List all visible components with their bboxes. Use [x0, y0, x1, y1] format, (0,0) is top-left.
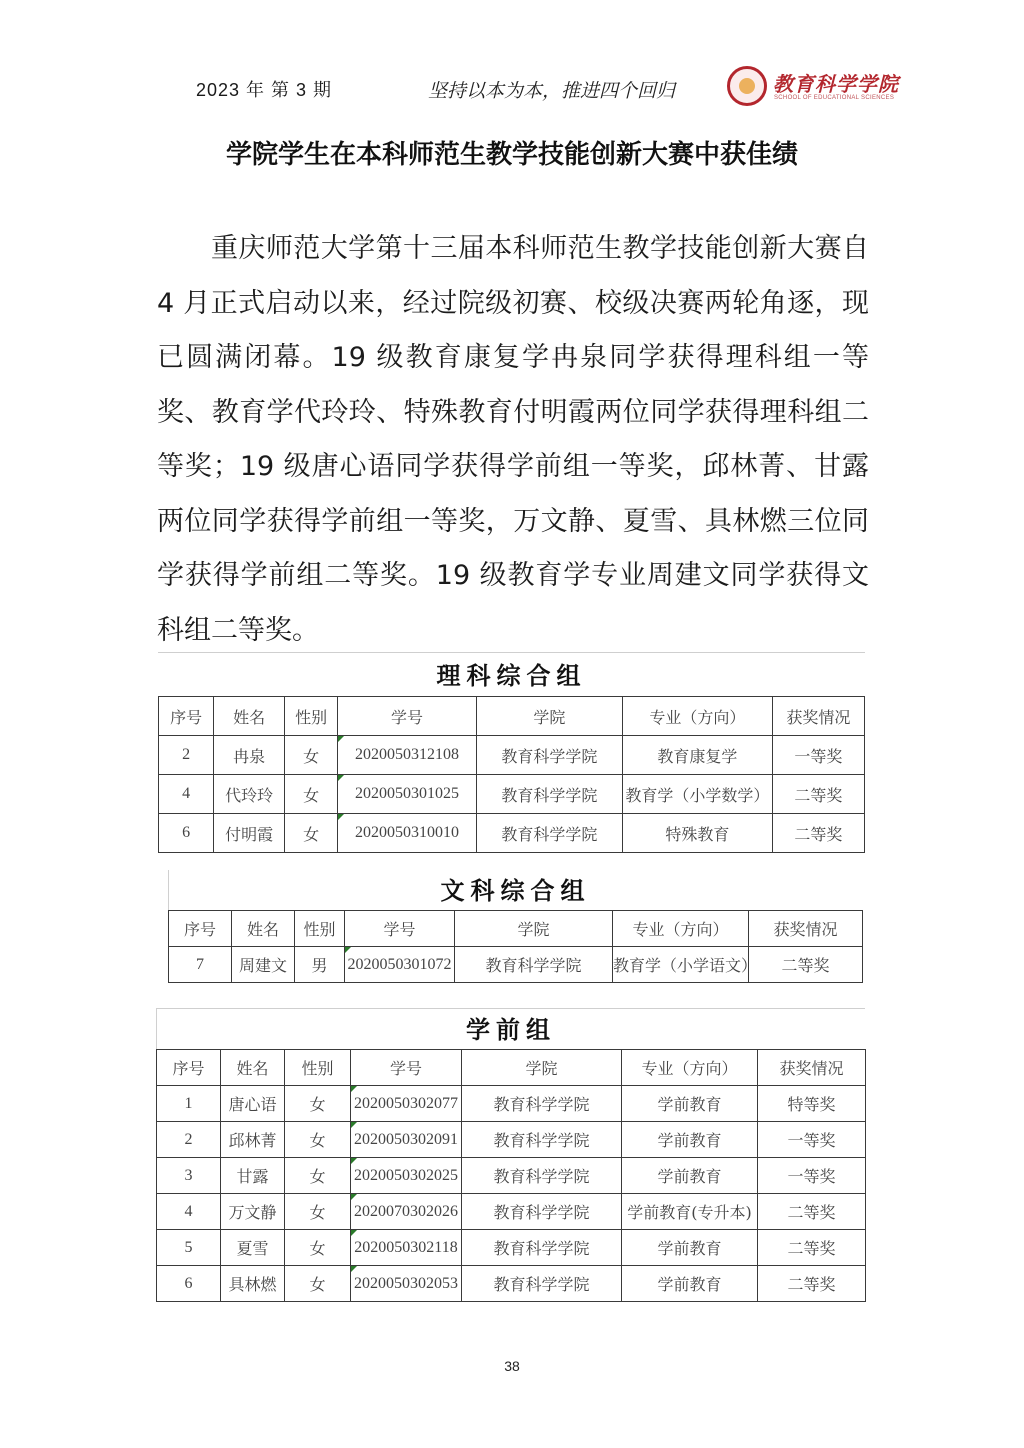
college-cell: 教育科学学院	[462, 1086, 622, 1122]
table-header-row: 序号 姓名 性别 学号 学院 专业（方向） 获奖情况	[157, 1050, 866, 1086]
name-cell: 邱林菁	[221, 1122, 285, 1158]
seq-cell: 3	[157, 1158, 221, 1194]
award-table: 序号 姓名 性别 学号 学院 专业（方向） 获奖情况 7 周建文 男 20200…	[168, 910, 863, 983]
student-id-cell: 2020050312108	[338, 736, 476, 775]
page-header: 2023 年 第 3 期 坚持以本为本，推进四个回归 教育科学学院 SCHOOL…	[0, 76, 1024, 106]
name-cell: 具林燃	[221, 1266, 285, 1302]
award-cell: 特等奖	[758, 1086, 866, 1122]
student-id-cell: 2020050302077	[351, 1086, 462, 1122]
gender-cell: 女	[285, 1266, 351, 1302]
name-cell: 甘露	[221, 1158, 285, 1194]
award-cell: 一等奖	[772, 736, 864, 775]
table-row: 3 甘露 女 2020050302025 教育科学学院 学前教育 一等奖	[157, 1158, 866, 1194]
college-cell: 教育科学学院	[462, 1158, 622, 1194]
student-id-cell: 2020050301025	[338, 775, 476, 814]
student-id-cell: 2020050310010	[338, 814, 476, 853]
header-cell: 学号	[338, 697, 476, 736]
award-cell: 一等奖	[758, 1158, 866, 1194]
table-row: 4 万文静 女 2020070302026 教育科学学院 学前教育(专升本) 二…	[157, 1194, 866, 1230]
major-cell: 特殊教育	[623, 814, 773, 853]
header-cell: 专业（方向）	[622, 1050, 758, 1086]
header-cell: 序号	[169, 911, 232, 947]
article-title: 学院学生在本科师范生教学技能创新大赛中获佳绩	[0, 134, 1024, 171]
major-cell: 学前教育(专升本)	[622, 1194, 758, 1230]
table-row: 1 唐心语 女 2020050302077 教育科学学院 学前教育 特等奖	[157, 1086, 866, 1122]
name-cell: 冉泉	[214, 736, 285, 775]
award-cell: 二等奖	[772, 775, 864, 814]
gender-cell: 女	[285, 1230, 351, 1266]
header-cell: 专业（方向）	[623, 697, 773, 736]
header-cell: 获奖情况	[749, 911, 863, 947]
seq-cell: 4	[159, 775, 214, 814]
article-paragraph: 重庆师范大学第十三届本科师范生教学技能创新大赛自 4 月正式启动以来，经过院级初…	[157, 222, 869, 658]
college-cell: 教育科学学院	[455, 947, 613, 983]
header-cell: 获奖情况	[758, 1050, 866, 1086]
seq-cell: 2	[157, 1122, 221, 1158]
name-cell: 周建文	[232, 947, 295, 983]
gender-cell: 女	[285, 1086, 351, 1122]
table-header-row: 序号 姓名 性别 学号 学院 专业（方向） 获奖情况	[169, 911, 863, 947]
seq-cell: 6	[159, 814, 214, 853]
gender-cell: 男	[295, 947, 345, 983]
award-cell: 二等奖	[758, 1194, 866, 1230]
name-cell: 夏雪	[221, 1230, 285, 1266]
header-cell: 学院	[455, 911, 613, 947]
header-cell: 获奖情况	[772, 697, 864, 736]
table-row: 5 夏雪 女 2020050302118 教育科学学院 学前教育 二等奖	[157, 1230, 866, 1266]
college-cell: 教育科学学院	[476, 736, 623, 775]
header-cell: 学号	[351, 1050, 462, 1086]
table-row: 2 邱林菁 女 2020050302091 教育科学学院 学前教育 一等奖	[157, 1122, 866, 1158]
header-cell: 序号	[157, 1050, 221, 1086]
seq-cell: 5	[157, 1230, 221, 1266]
table-title: 理科综合组	[158, 652, 865, 696]
award-cell: 二等奖	[749, 947, 863, 983]
seq-cell: 7	[169, 947, 232, 983]
student-id-cell: 2020050301072	[345, 947, 455, 983]
seq-cell: 2	[159, 736, 214, 775]
student-id-cell: 2020070302026	[351, 1194, 462, 1230]
student-id-cell: 2020050302091	[351, 1122, 462, 1158]
table-row: 6 具林燃 女 2020050302053 教育科学学院 学前教育 二等奖	[157, 1266, 866, 1302]
college-cell: 教育科学学院	[462, 1230, 622, 1266]
student-id-cell: 2020050302053	[351, 1266, 462, 1302]
header-cell: 性别	[285, 697, 338, 736]
college-cell: 教育科学学院	[462, 1122, 622, 1158]
table-row: 6 付明霞 女 2020050310010 教育科学学院 特殊教育 二等奖	[159, 814, 865, 853]
college-cell: 教育科学学院	[462, 1194, 622, 1230]
seq-cell: 1	[157, 1086, 221, 1122]
gender-cell: 女	[285, 1194, 351, 1230]
table-row: 2 冉泉 女 2020050312108 教育科学学院 教育康复学 一等奖	[159, 736, 865, 775]
seq-cell: 4	[157, 1194, 221, 1230]
name-cell: 代玲玲	[214, 775, 285, 814]
college-cell: 教育科学学院	[462, 1266, 622, 1302]
header-cell: 序号	[159, 697, 214, 736]
gender-cell: 女	[285, 1158, 351, 1194]
table-row: 7 周建文 男 2020050301072 教育科学学院 教育学（小学语文） 二…	[169, 947, 863, 983]
major-cell: 教育学（小学语文）	[613, 947, 749, 983]
preschool-group-table: 学前组 序号 姓名 性别 学号 学院 专业（方向） 获奖情况 1 唐心语 女 2…	[156, 1008, 865, 1302]
name-cell: 唐心语	[221, 1086, 285, 1122]
header-cell: 学院	[476, 697, 623, 736]
logo-subtitle: SCHOOL OF EDUCATIONAL SCIENCES	[774, 95, 894, 101]
student-id-cell: 2020050302025	[351, 1158, 462, 1194]
student-id-cell: 2020050302118	[351, 1230, 462, 1266]
gender-cell: 女	[285, 736, 338, 775]
major-cell: 学前教育	[622, 1158, 758, 1194]
name-cell: 万文静	[221, 1194, 285, 1230]
major-cell: 学前教育	[622, 1266, 758, 1302]
header-cell: 性别	[295, 911, 345, 947]
college-cell: 教育科学学院	[476, 775, 623, 814]
header-cell: 性别	[285, 1050, 351, 1086]
table-title: 文科综合组	[168, 870, 862, 910]
header-cell: 学号	[345, 911, 455, 947]
major-cell: 教育康复学	[623, 736, 773, 775]
header-cell: 专业（方向）	[613, 911, 749, 947]
header-cell: 姓名	[232, 911, 295, 947]
major-cell: 学前教育	[622, 1230, 758, 1266]
gender-cell: 女	[285, 814, 338, 853]
gender-cell: 女	[285, 1122, 351, 1158]
name-cell: 付明霞	[214, 814, 285, 853]
award-table: 序号 姓名 性别 学号 学院 专业（方向） 获奖情况 2 冉泉 女 202005…	[158, 696, 865, 853]
table-title: 学前组	[156, 1008, 865, 1049]
award-cell: 一等奖	[758, 1122, 866, 1158]
seq-cell: 6	[157, 1266, 221, 1302]
school-emblem-icon	[727, 66, 767, 106]
gender-cell: 女	[285, 775, 338, 814]
header-cell: 姓名	[221, 1050, 285, 1086]
major-cell: 学前教育	[622, 1122, 758, 1158]
award-cell: 二等奖	[772, 814, 864, 853]
liberal-arts-group-table: 文科综合组 序号 姓名 性别 学号 学院 专业（方向） 获奖情况 7 周建文 男…	[168, 870, 862, 983]
table-header-row: 序号 姓名 性别 学号 学院 专业（方向） 获奖情况	[159, 697, 865, 736]
issue-label: 2023 年 第 3 期	[196, 76, 332, 102]
page-number: 38	[0, 1358, 1024, 1374]
school-logo: 教育科学学院 SCHOOL OF EDUCATIONAL SCIENCES	[727, 66, 907, 110]
award-cell: 二等奖	[758, 1230, 866, 1266]
award-table: 序号 姓名 性别 学号 学院 专业（方向） 获奖情况 1 唐心语 女 20200…	[156, 1049, 866, 1302]
award-cell: 二等奖	[758, 1266, 866, 1302]
college-cell: 教育科学学院	[476, 814, 623, 853]
major-cell: 教育学（小学数学）	[623, 775, 773, 814]
header-cell: 学院	[462, 1050, 622, 1086]
slogan: 坚持以本为本，推进四个回归	[428, 76, 675, 103]
header-cell: 姓名	[214, 697, 285, 736]
science-group-table: 理科综合组 序号 姓名 性别 学号 学院 专业（方向） 获奖情况 2 冉泉 女 …	[158, 652, 865, 853]
major-cell: 学前教育	[622, 1086, 758, 1122]
table-row: 4 代玲玲 女 2020050301025 教育科学学院 教育学（小学数学） 二…	[159, 775, 865, 814]
logo-text: 教育科学学院	[773, 68, 899, 97]
